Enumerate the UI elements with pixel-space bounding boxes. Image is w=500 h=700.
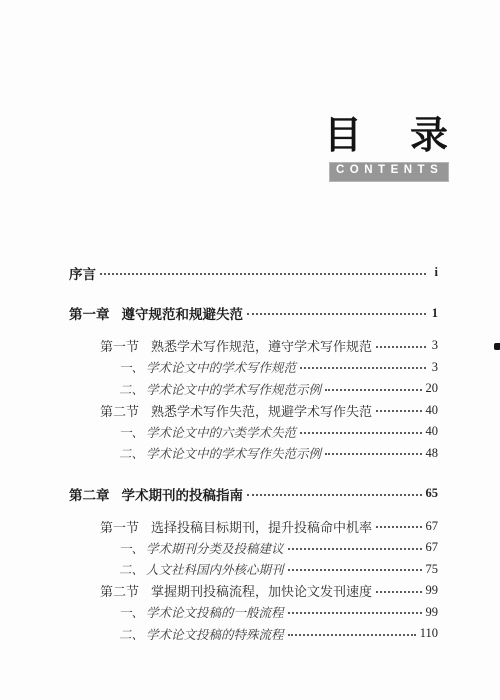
entry-number: 第一节 bbox=[100, 517, 139, 536]
entry-number: 二、 bbox=[119, 560, 144, 578]
entry-number: 第一章 bbox=[69, 303, 110, 323]
entry-page-number: 20 bbox=[426, 381, 439, 396]
entry-title: 学术期刊分类及投稿建议 bbox=[146, 539, 284, 557]
toc-list: 序言i第一章遵守规范和规避失范1第一节熟悉学术写作规范，遵守学术写作规范3一、学… bbox=[69, 262, 438, 645]
entry-page-number: 67 bbox=[426, 540, 439, 555]
entry-title: 选择投稿目标期刊，提升投稿命中机率 bbox=[151, 517, 372, 536]
entry-page-number: 67 bbox=[426, 519, 439, 534]
entry-title: 学术论文中的学术写作规范示例 bbox=[146, 380, 321, 398]
dot-leader bbox=[247, 494, 422, 496]
dot-leader bbox=[376, 526, 421, 528]
entry-page-number: 1 bbox=[430, 306, 438, 321]
dot-leader bbox=[100, 273, 426, 275]
entry-number: 二、 bbox=[119, 625, 144, 643]
entry-title: 熟悉学术写作规范，遵守学术写作规范 bbox=[151, 336, 372, 355]
entry-page-number: 75 bbox=[426, 562, 439, 577]
entry-title: 学术论文投稿的特殊流程 bbox=[146, 625, 284, 643]
entry-page-number: 3 bbox=[430, 338, 438, 353]
entry-number: 第二节 bbox=[100, 401, 139, 420]
entry-title: 遵守规范和规避失范 bbox=[122, 303, 244, 323]
entry-page-number: 99 bbox=[426, 605, 439, 620]
toc-entry: 第二节熟悉学术写作失范，规避学术写作失范40 bbox=[69, 400, 438, 422]
entry-title: 学术论文中的学术写作失范示例 bbox=[146, 444, 321, 462]
entry-number: 一、 bbox=[119, 539, 144, 557]
page-title: 目 录 bbox=[324, 116, 448, 158]
dot-leader bbox=[288, 569, 422, 571]
entry-number: 一、 bbox=[119, 358, 144, 376]
dot-leader bbox=[376, 410, 421, 412]
entry-page-number: i bbox=[430, 265, 438, 280]
toc-entry: 二、学术论文投稿的特殊流程110 bbox=[69, 623, 438, 645]
entry-title: 学术论文中的六类学术失范 bbox=[146, 423, 296, 441]
dot-leader bbox=[376, 346, 426, 348]
entry-number: 二、 bbox=[119, 380, 144, 398]
toc-entry: 第一章遵守规范和规避失范1 bbox=[69, 303, 438, 325]
toc-entry: 二、学术论文中的学术写作失范示例48 bbox=[69, 443, 438, 465]
dot-leader bbox=[376, 591, 421, 593]
dot-leader bbox=[288, 612, 422, 614]
dot-leader bbox=[300, 432, 421, 434]
entry-number: 一、 bbox=[119, 603, 144, 621]
entry-title: 熟悉学术写作失范，规避学术写作失范 bbox=[151, 401, 372, 420]
entry-page-number: 40 bbox=[426, 424, 439, 439]
toc-entry: 二、人文社科国内外核心期刊75 bbox=[69, 559, 438, 581]
entry-number: 二、 bbox=[119, 444, 144, 462]
toc-entry: 一、学术论文投稿的一般流程99 bbox=[69, 602, 438, 624]
entry-number: 第一节 bbox=[100, 336, 139, 355]
dot-leader bbox=[288, 634, 416, 636]
toc-entry: 第二章学术期刊的投稿指南65 bbox=[69, 483, 438, 505]
dot-leader bbox=[300, 367, 426, 369]
entry-page-number: 65 bbox=[426, 486, 439, 501]
entry-page-number: 3 bbox=[430, 360, 438, 375]
entry-title: 学术论文中的学术写作规范 bbox=[146, 358, 296, 376]
entry-page-number: 110 bbox=[420, 626, 438, 641]
entry-title: 掌握期刊投稿流程，加快论文发刊速度 bbox=[151, 581, 372, 600]
entry-page-number: 48 bbox=[426, 446, 439, 461]
dot-leader bbox=[247, 313, 426, 315]
entry-title: 序言 bbox=[69, 263, 96, 283]
entry-title: 人文社科国内外核心期刊 bbox=[146, 560, 284, 578]
ink-dot-artifact bbox=[494, 343, 500, 350]
toc-entry: 第一节选择投稿目标期刊，提升投稿命中机率67 bbox=[69, 516, 438, 538]
toc-entry: 二、学术论文中的学术写作规范示例20 bbox=[69, 378, 438, 400]
entry-number: 第二章 bbox=[69, 484, 110, 504]
title-char-mu: 目 bbox=[324, 116, 362, 158]
toc-entry: 一、学术论文中的六类学术失范40 bbox=[69, 421, 438, 443]
entry-number: 第二节 bbox=[100, 581, 139, 600]
dot-leader bbox=[325, 389, 421, 391]
toc-entry: 序言i bbox=[69, 262, 438, 284]
entry-title: 学术论文投稿的一般流程 bbox=[146, 603, 284, 621]
dot-leader bbox=[325, 453, 421, 455]
toc-entry: 一、学术期刊分类及投稿建议67 bbox=[69, 537, 438, 559]
entry-page-number: 40 bbox=[426, 403, 439, 418]
dot-leader bbox=[288, 548, 422, 550]
toc-entry: 一、学术论文中的学术写作规范3 bbox=[69, 357, 438, 379]
title-char-lu: 录 bbox=[410, 116, 448, 158]
toc-entry: 第二节掌握期刊投稿流程，加快论文发刊速度99 bbox=[69, 580, 438, 602]
entry-title: 学术期刊的投稿指南 bbox=[122, 484, 244, 504]
toc-entry: 第一节熟悉学术写作规范，遵守学术写作规范3 bbox=[69, 335, 438, 357]
entry-page-number: 99 bbox=[426, 583, 439, 598]
entry-number: 一、 bbox=[119, 423, 144, 441]
contents-banner: CONTENTS bbox=[330, 163, 448, 181]
book-contents-page: 目 录 CONTENTS 序言i第一章遵守规范和规避失范1第一节熟悉学术写作规范… bbox=[0, 0, 500, 700]
